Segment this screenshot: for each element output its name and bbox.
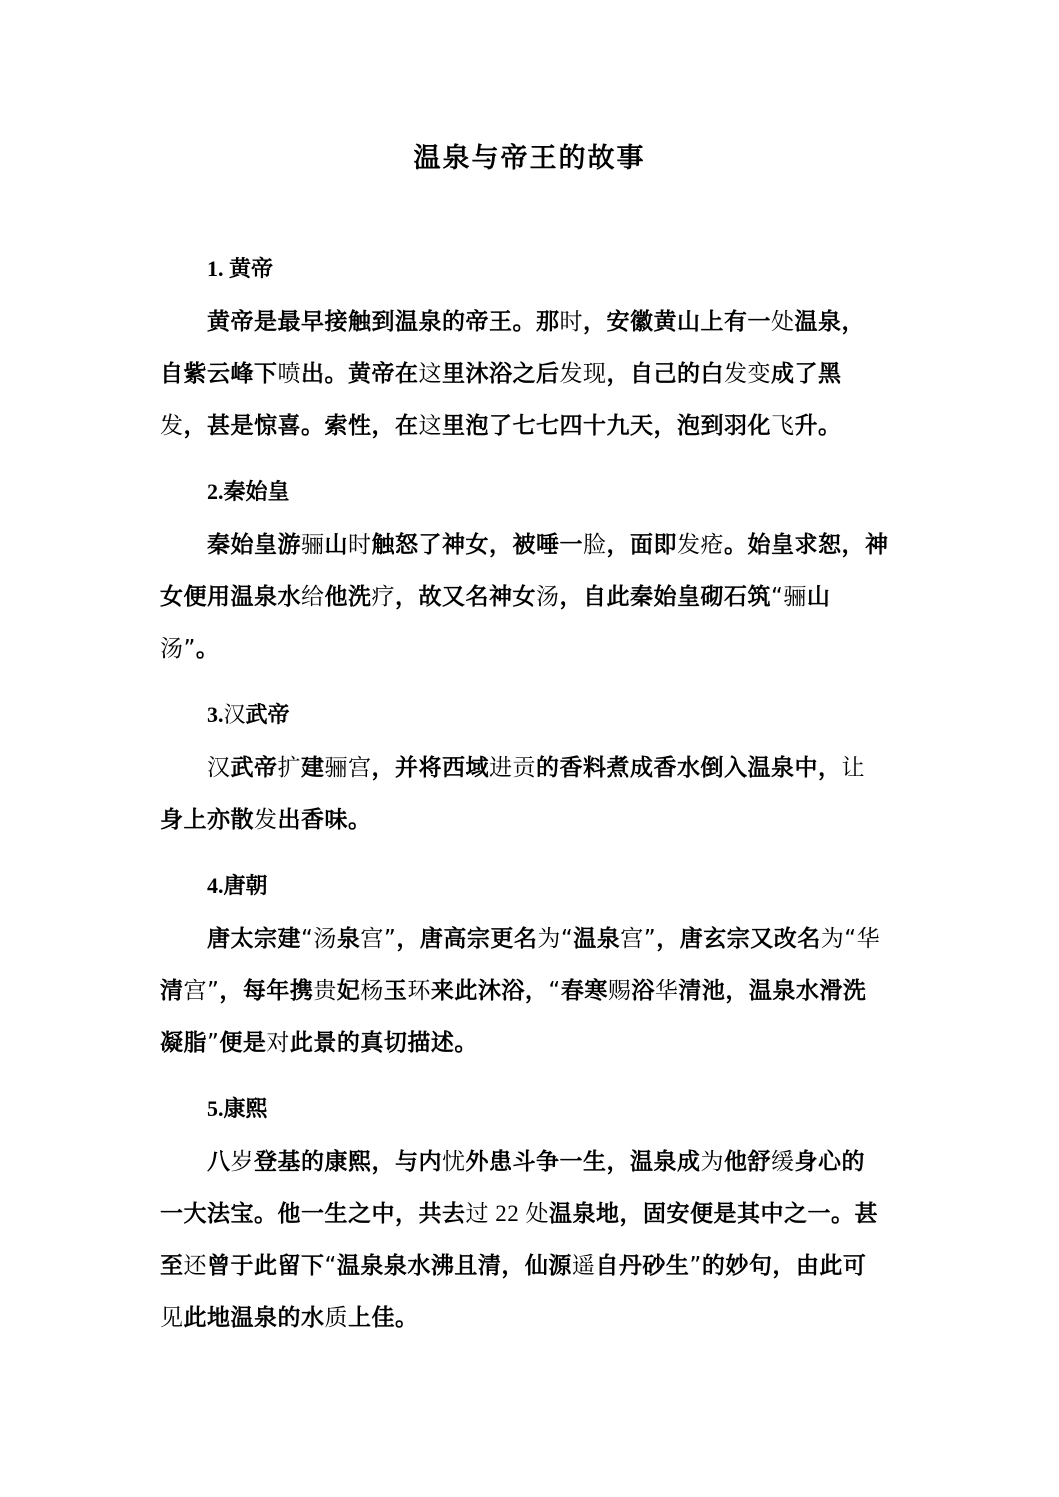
latin-text: 4. (207, 873, 224, 898)
fallback-char: 汉 (224, 703, 246, 728)
fallback-char: 汤 (160, 636, 184, 662)
fallback-char: ” (384, 926, 396, 952)
fallback-char: 发 (560, 361, 584, 387)
text-line: 凝脂”便是对此景的真切描述。 (160, 1017, 899, 1069)
fallback-char: 宫 (360, 926, 384, 952)
fallback-char: 贡 (513, 755, 537, 781)
text-line: 八岁登基的康熙，与内忧外患斗争一生，温泉成为他舒缓身心的 (160, 1136, 899, 1188)
fallback-char: 宫 (348, 755, 372, 781)
latin-text: 2. (207, 479, 224, 504)
fallback-char: 扩 (278, 755, 302, 781)
fallback-char: 处 (771, 309, 795, 335)
section: 5.康熙八岁登基的康熙，与内忧外患斗争一生，温泉成为他舒缓身心的一大法宝。他一生… (160, 1083, 899, 1344)
fallback-char: 飞 (771, 413, 795, 439)
text-line: 秦始皇游骊山时触怒了神女，被唾一脸，面即发疮。始皇求恕，神 (160, 519, 899, 571)
fallback-char: “ (301, 926, 313, 952)
fallback-char: 对 (266, 1030, 290, 1056)
text-line: 自紫云峰下喷出。黄帝在这里沐浴之后发现，自己的白发变成了黑 (160, 348, 899, 400)
fallback-char: 赐 (608, 978, 632, 1004)
fallback-char: 这 (419, 413, 443, 439)
fallback-char: 环 (407, 978, 431, 1004)
text-line: 至还曾于此留下“温泉泉水沸且清，仙源遥自丹砂生”的妙句，由此可 (160, 1240, 899, 1292)
latin-text: 5. (207, 1096, 224, 1121)
fallback-char: 为 (537, 926, 561, 952)
text-line: 黄帝是最早接触到温泉的帝王。那时，安徽黄山上有一处温泉， (160, 296, 899, 348)
fallback-char: “ (325, 1253, 337, 1279)
fallback-char: 汤 (313, 926, 337, 952)
fallback-char: 为 (821, 926, 845, 952)
fallback-char: ” (689, 1253, 701, 1279)
text-line: 发，甚是惊喜。索性，在这里泡了七七四十九天，泡到羽化飞升。 (160, 400, 899, 452)
fallback-char: 缓 (771, 1149, 795, 1175)
fallback-char: 骊 (783, 584, 807, 610)
fallback-char: 骊 (301, 532, 325, 558)
text-line: 唐太宗建“汤泉宫”，唐高宗更名为“温泉宫”，唐玄宗又改名为“华 (160, 913, 899, 965)
text-line: 见此地温泉的水质上佳。 (160, 1292, 899, 1344)
fallback-char: 脸 (583, 532, 607, 558)
fallback-char: 杨 (360, 978, 384, 1004)
fallback-char: 时 (348, 532, 372, 558)
fallback-char: 骊 (325, 755, 349, 781)
fallback-char: 这 (419, 361, 443, 387)
fallback-char: ” (207, 1030, 219, 1056)
document-title: 温泉与帝王的故事 (160, 133, 899, 185)
fallback-char: 让 (842, 755, 866, 781)
section-heading: 1. 黄帝 (160, 243, 899, 296)
document-content: 温泉与帝王的故事 1. 黄帝黄帝是最早接触到温泉的帝王。那时，安徽黄山上有一处温… (0, 133, 1059, 1344)
fallback-char: 岁 (231, 1149, 255, 1175)
text-line: 汤”。 (160, 623, 899, 675)
fallback-char: 汤 (536, 584, 560, 610)
fallback-char: 遥 (572, 1253, 596, 1279)
text-line: 汉武帝扩建骊宫，并将西域进贡的香料煮成香水倒入温泉中，让 (160, 742, 899, 794)
fallback-char: 质 (325, 1305, 349, 1331)
text-line: 一大法宝。他一生之中，共去过 22 处温泉地，固安便是其中之一。甚 (160, 1188, 899, 1240)
fallback-char: 发 (160, 413, 184, 439)
text-line: 清宫”，每年携贵妃杨玉环来此沐浴，“春寒赐浴华清池，温泉水滑洗 (160, 965, 899, 1017)
fallback-char: 还 (184, 1253, 208, 1279)
fallback-char: 宫 (620, 926, 644, 952)
fallback-char: 见 (160, 1305, 184, 1331)
fallback-char: 变 (748, 361, 772, 387)
section: 2.秦始皇秦始皇游骊山时触怒了神女，被唾一脸，面即发疮。始皇求恕，神女便用温泉水… (160, 466, 899, 675)
fallback-char: “ (844, 926, 856, 952)
section-heading: 2.秦始皇 (160, 466, 899, 519)
fallback-char: 处 (526, 1201, 550, 1227)
fallback-char: 喷 (278, 361, 302, 387)
section-heading: 5.康熙 (160, 1083, 899, 1136)
fallback-char: 疮 (701, 532, 725, 558)
latin-text: 1. (207, 256, 229, 281)
fallback-char: 发 (724, 361, 748, 387)
fallback-char: “ (548, 978, 560, 1004)
fallback-char: 汉 (207, 755, 231, 781)
latin-text: 3. (207, 702, 224, 727)
fallback-char: “ (771, 584, 783, 610)
section-heading: 3.汉武帝 (160, 689, 899, 742)
text-line: 女便用温泉水给他洗疗，故又名神女汤，自此秦始皇砌石筑“骊山 (160, 571, 899, 623)
fallback-char: 忧 (442, 1149, 466, 1175)
fallback-char: 现 (583, 361, 607, 387)
fallback-char: “ (561, 926, 573, 952)
text-line: 身上亦散发出香味。 (160, 794, 899, 846)
fallback-char: ” (207, 978, 219, 1004)
fallback-char: 进 (489, 755, 513, 781)
document-body: 1. 黄帝黄帝是最早接触到温泉的帝王。那时，安徽黄山上有一处温泉，自紫云峰下喷出… (160, 243, 899, 1344)
latin-text: 22 (489, 1201, 526, 1226)
fallback-char: 疗 (372, 584, 396, 610)
fallback-char: 发 (254, 807, 278, 833)
fallback-char: 过 (466, 1201, 490, 1227)
fallback-char: 宫 (184, 978, 208, 1004)
fallback-char: 发 (677, 532, 701, 558)
fallback-char: ” (184, 636, 196, 662)
section-heading: 4.唐朝 (160, 860, 899, 913)
fallback-char: 时 (560, 309, 584, 335)
section: 3.汉武帝汉武帝扩建骊宫，并将西域进贡的香料煮成香水倒入温泉中，让身上亦散发出香… (160, 689, 899, 846)
fallback-char: 为 (701, 1149, 725, 1175)
section: 4.唐朝唐太宗建“汤泉宫”，唐高宗更名为“温泉宫”，唐玄宗又改名为“华清宫”，每… (160, 860, 899, 1069)
fallback-char: ” (644, 926, 656, 952)
fallback-char: 华 (857, 926, 881, 952)
section: 1. 黄帝黄帝是最早接触到温泉的帝王。那时，安徽黄山上有一处温泉，自紫云峰下喷出… (160, 243, 899, 452)
fallback-char: 华 (655, 978, 679, 1004)
fallback-char: 贵 (313, 978, 337, 1004)
fallback-char: 给 (301, 584, 325, 610)
document-page: 温泉与帝王的故事 1. 黄帝黄帝是最早接触到温泉的帝王。那时，安徽黄山上有一处温… (0, 0, 1059, 1497)
